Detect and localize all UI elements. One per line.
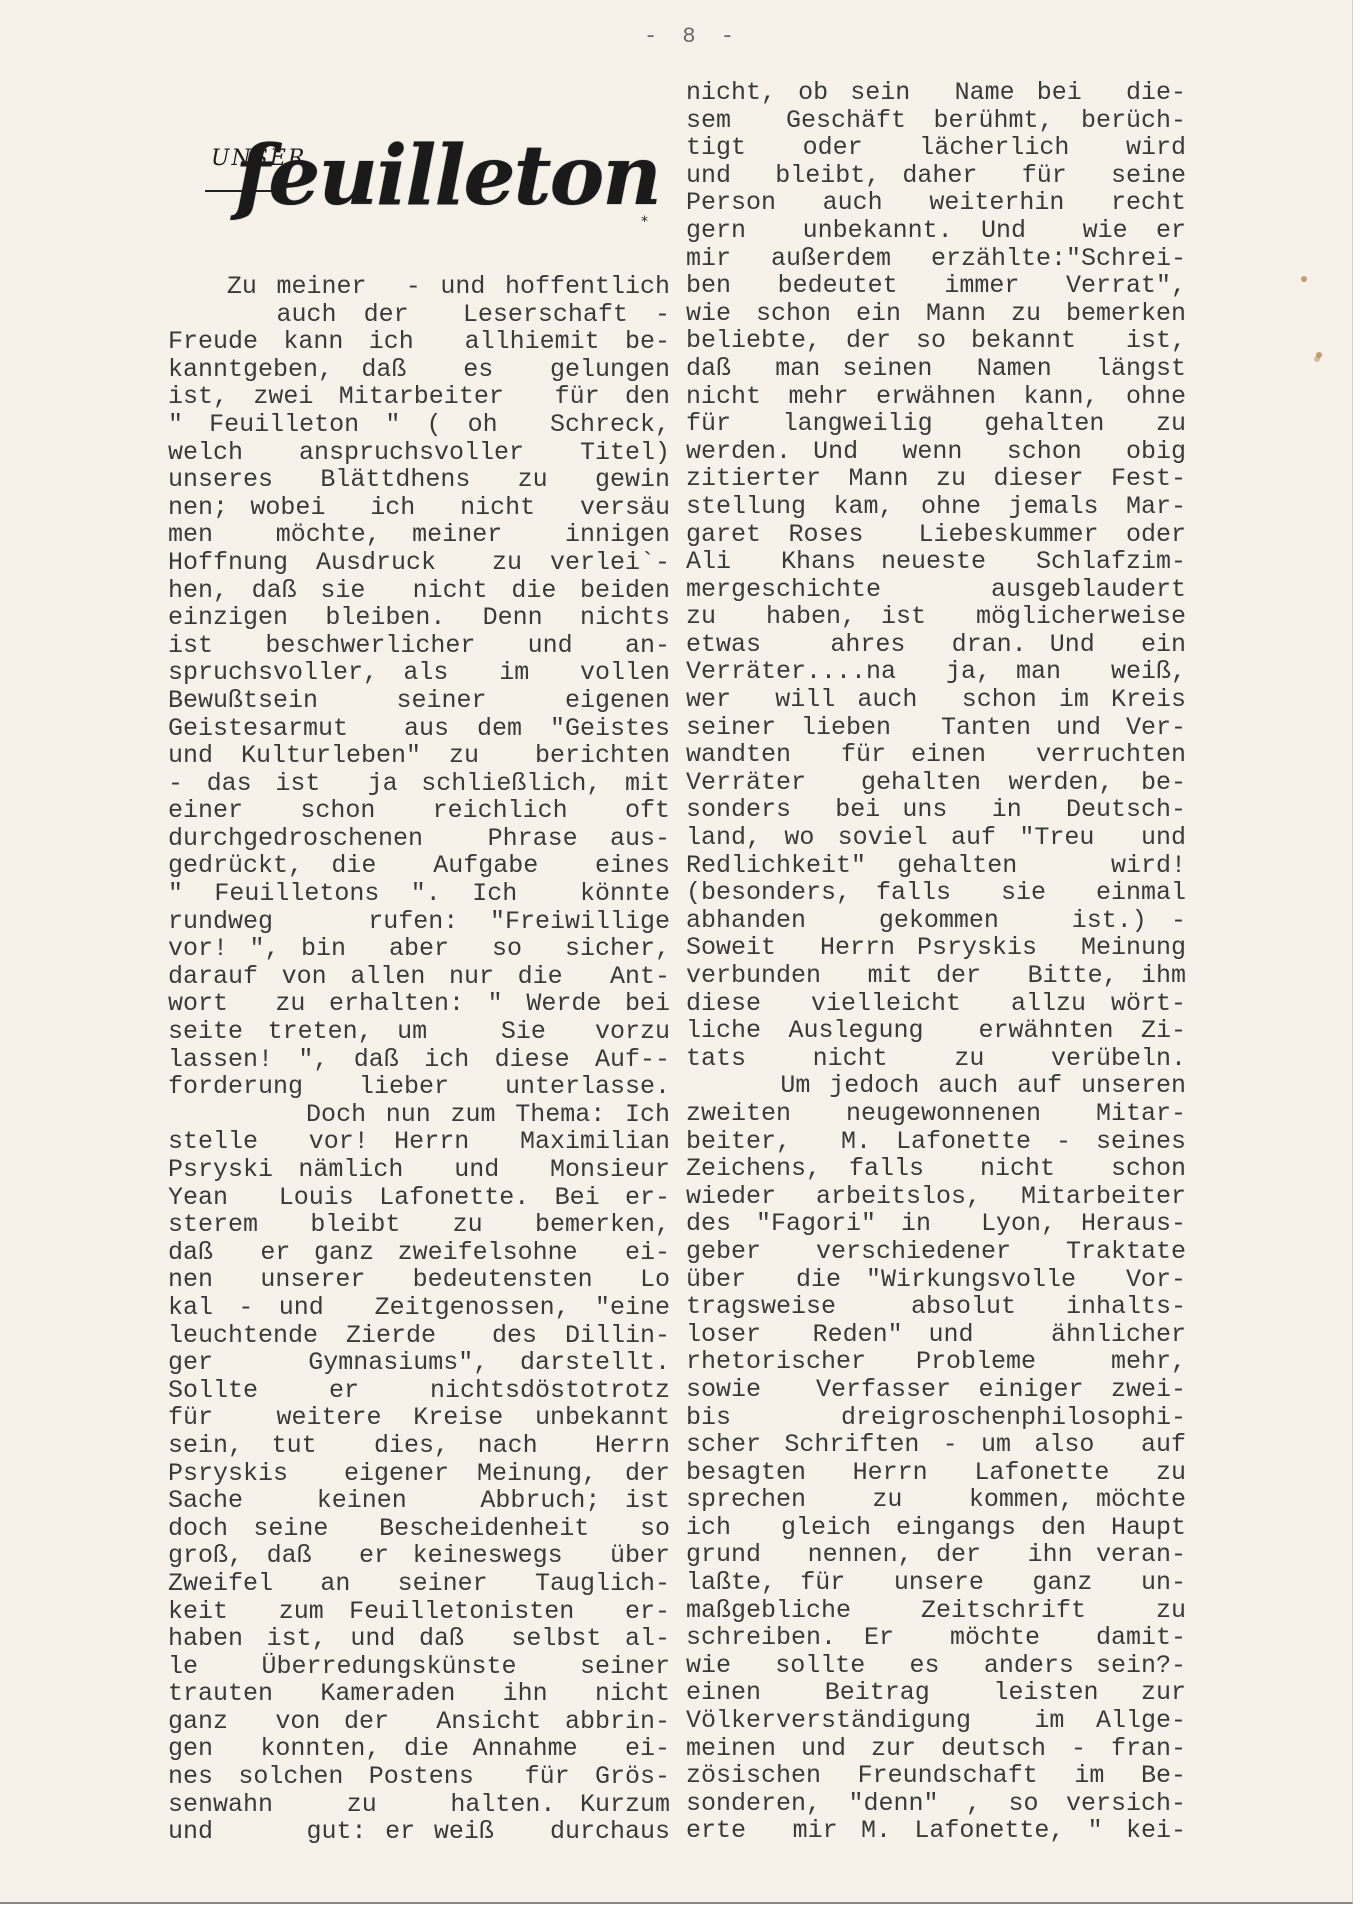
text-line: gedrückt, die Aufgabe eines (168, 852, 670, 880)
text-line: sem Geschäft berühmt, berüch- (686, 107, 1186, 135)
text-line: welch anspruchsvoller Titel) (168, 439, 670, 467)
text-line: sprechen zu kommen, möchte (686, 1486, 1186, 1514)
text-line: Hoffnung Ausdruck zu verlei`- (168, 549, 670, 577)
text-line: gen konnten, die Annahme ei- (168, 1735, 670, 1763)
text-line: kanntgeben, daß es gelungen (168, 356, 670, 384)
text-line: nen; wobei ich nicht versäu (168, 494, 670, 522)
text-line: doch seine Bescheidenheit so (168, 1515, 670, 1543)
text-line: schreiben. Er möchte damit- (686, 1624, 1186, 1652)
text-line: wieder arbeitslos, Mitarbeiter (686, 1183, 1186, 1211)
text-line: des "Fagori" in Lyon, Heraus- (686, 1210, 1186, 1238)
text-line: werden. Und wenn schon obig (686, 438, 1186, 466)
text-line: rhetorischer Probleme mehr, (686, 1348, 1186, 1376)
text-line: durchgedroschenen Phrase aus- (168, 825, 670, 853)
text-line: und bleibt, daher für seine (686, 162, 1186, 190)
stain (1301, 276, 1307, 282)
text-line: keit zum Feuilletonisten er- (168, 1598, 670, 1626)
left-column: Zu meiner - und hoffentlich auch der Les… (168, 273, 670, 1846)
text-line: Psryski nämlich und Monsieur (168, 1156, 670, 1184)
text-line: Psryskis eigener Meinung, der (168, 1460, 670, 1488)
text-line: besagten Herrn Lafonette zu (686, 1459, 1186, 1487)
text-line: Verräter....na ja, man weiß, (686, 658, 1186, 686)
text-line: leuchtende Zierde des Dillin- (168, 1322, 670, 1350)
text-line: forderung lieber unterlasse. (168, 1073, 670, 1101)
text-line: trauten Kameraden ihn nicht (168, 1680, 670, 1708)
text-line: grund nennen, der ihn veran- (686, 1541, 1186, 1569)
text-line: sowie Verfasser einiger zwei- (686, 1376, 1186, 1404)
text-line: diese vielleicht allzu wört- (686, 990, 1186, 1018)
asterisk-icon: * (641, 214, 648, 230)
text-line: seiner lieben Tanten und Ver- (686, 714, 1186, 742)
text-line: le Überredungskünste seiner (168, 1653, 670, 1681)
text-line: Völkerverständigung im Allge- (686, 1707, 1186, 1735)
text-line: sein, tut dies, nach Herrn (168, 1432, 670, 1460)
text-line: mergeschichte ausgeblaudert (686, 576, 1186, 604)
text-line: ganz von der Ansicht abbrin- (168, 1708, 670, 1736)
text-line: sonderen, "denn" , so versich- (686, 1790, 1186, 1818)
text-line: wandten für einen verruchten (686, 741, 1186, 769)
text-line: laßte, für unsere ganz un- (686, 1569, 1186, 1597)
text-line: wort zu erhalten: " Werde bei (168, 990, 670, 1018)
text-line: Redlichkeit" gehalten wird! (686, 852, 1186, 880)
text-line: nes solchen Postens für Grös- (168, 1763, 670, 1791)
text-line: Sache keinen Abbruch; ist (168, 1487, 670, 1515)
text-line: Doch nun zum Thema: Ich (168, 1101, 670, 1129)
text-line: zweiten neugewonnenen Mitar- (686, 1100, 1186, 1128)
text-line: Soweit Herrn Psryskis Meinung (686, 934, 1186, 962)
text-line: meinen und zur deutsch - fran- (686, 1735, 1186, 1763)
text-line: ist beschwerlicher und an- (168, 632, 670, 660)
text-line: rundweg rufen: "Freiwillige (168, 908, 670, 936)
text-line: lassen! ", daß ich diese Auf-- (168, 1046, 670, 1074)
text-line: Person auch weiterhin recht (686, 189, 1186, 217)
text-line: Zweifel an seiner Tauglich- (168, 1570, 670, 1598)
text-line: sonders bei uns in Deutsch- (686, 796, 1186, 824)
text-line: geber verschiedener Traktate (686, 1238, 1186, 1266)
text-line: men möchte, meiner innigen (168, 521, 670, 549)
text-line: (besonders, falls sie einmal (686, 879, 1186, 907)
page-number: - 8 - (644, 24, 740, 49)
text-line: darauf von allen nur die Ant- (168, 963, 670, 991)
text-line: garet Roses Liebeskummer oder (686, 521, 1186, 549)
text-line: zu haben, ist möglicherweise (686, 603, 1186, 631)
text-line: Um jedoch auch auf unseren (686, 1072, 1186, 1100)
text-line: ist, zwei Mitarbeiter für den (168, 383, 670, 411)
text-line: ben bedeutet immer Verrat", (686, 272, 1186, 300)
text-line: nicht mehr erwähnen kann, ohne (686, 383, 1186, 411)
text-line: zösischen Freundschaft im Be- (686, 1762, 1186, 1790)
text-line: verbunden mit der Bitte, ihm (686, 962, 1186, 990)
text-line: - das ist ja schließlich, mit (168, 770, 670, 798)
text-line: Zeichens, falls nicht schon (686, 1155, 1186, 1183)
text-line: kal - und Zeitgenossen, "eine (168, 1294, 670, 1322)
text-line: zitierter Mann zu dieser Fest- (686, 465, 1186, 493)
text-line: ger Gymnasiums", darstellt. (168, 1349, 670, 1377)
text-line: sterem bleibt zu bemerken, (168, 1211, 670, 1239)
text-line: mir außerdem erzählte:"Schrei- (686, 245, 1186, 273)
text-line: wie schon ein Mann zu bemerken (686, 300, 1186, 328)
text-line: seite treten, um Sie vorzu (168, 1018, 670, 1046)
text-line: stellung kam, ohne jemals Mar- (686, 493, 1186, 521)
text-line: " Feuilleton " ( oh Schreck, (168, 411, 670, 439)
text-line: groß, daß er keineswegs über (168, 1542, 670, 1570)
text-line: wie sollte es anders sein?- (686, 1652, 1186, 1680)
text-line: etwas ahres dran. Und ein (686, 631, 1186, 659)
text-line: " Feuilletons ". Ich könnte (168, 880, 670, 908)
section-heading: UNSER feuilleton * (205, 118, 665, 258)
text-line: für weitere Kreise unbekannt (168, 1404, 670, 1432)
text-line: tigt oder lächerlich wird (686, 134, 1186, 162)
text-line: nen unserer bedeutensten Lo (168, 1266, 670, 1294)
text-line: loser Reden" und ähnlicher (686, 1321, 1186, 1349)
text-line: land, wo soviel auf "Treu und (686, 824, 1186, 852)
text-line: senwahn zu halten. Kurzum (168, 1791, 670, 1819)
text-line: liche Auslegung erwähnten Zi- (686, 1017, 1186, 1045)
typewritten-page: - 8 - UNSER feuilleton * Zu meiner - und… (0, 0, 1353, 1904)
text-line: hen, daß sie nicht die beiden (168, 577, 670, 605)
text-line: maßgebliche Zeitschrift zu (686, 1597, 1186, 1625)
text-line: Ali Khans neueste Schlafzim- (686, 548, 1186, 576)
text-line: Geistesarmut aus dem "Geistes (168, 715, 670, 743)
text-line: ich gleich eingangs den Haupt (686, 1514, 1186, 1542)
text-line: beliebte, der so bekannt ist, (686, 327, 1186, 355)
text-line: scher Schriften - um also auf (686, 1431, 1186, 1459)
text-line: Freude kann ich allhiemit be- (168, 328, 670, 356)
text-line: einen Beitrag leisten zur (686, 1679, 1186, 1707)
text-line: Bewußtsein seiner eigenen (168, 687, 670, 715)
text-line: daß er ganz zweifelsohne ei- (168, 1239, 670, 1267)
text-line: einzigen bleiben. Denn nichts (168, 604, 670, 632)
text-line: über die "Wirkungsvolle Vor- (686, 1266, 1186, 1294)
text-line: wer will auch schon im Kreis (686, 686, 1186, 714)
text-line: stelle vor! Herrn Maximilian (168, 1128, 670, 1156)
text-line: tats nicht zu verübeln. (686, 1045, 1186, 1073)
text-line: Sollte er nichtsdöstotrotz (168, 1377, 670, 1405)
right-column: nicht, ob sein Name bei die-sem Geschäft… (686, 79, 1186, 1845)
text-line: Verräter gehalten werden, be- (686, 769, 1186, 797)
text-line: und gut: er weiß durchaus (168, 1818, 670, 1846)
text-line: abhanden gekommen ist.) - (686, 907, 1186, 935)
text-line: Zu meiner - und hoffentlich (168, 273, 670, 301)
text-line: Yean Louis Lafonette. Bei er- (168, 1184, 670, 1212)
text-line: für langweilig gehalten zu (686, 410, 1186, 438)
text-line: erte mir M. Lafonette, " kei- (686, 1817, 1186, 1845)
text-line: daß man seinen Namen längst (686, 355, 1186, 383)
text-line: einer schon reichlich oft (168, 797, 670, 825)
text-line: haben ist, und daß selbst al- (168, 1625, 670, 1653)
text-line: unseres Blättdhens zu gewin (168, 466, 670, 494)
text-line: gern unbekannt. Und wie er (686, 217, 1186, 245)
text-line: tragsweise absolut inhalts- (686, 1293, 1186, 1321)
stain (1314, 356, 1320, 362)
text-line: auch der Leserschaft - (168, 301, 670, 329)
text-line: und Kulturleben" zu berichten (168, 742, 670, 770)
heading-title: feuilleton (235, 128, 660, 224)
text-line: nicht, ob sein Name bei die- (686, 79, 1186, 107)
text-line: spruchsvoller, als im vollen (168, 659, 670, 687)
text-line: beiter, M. Lafonette - seines (686, 1128, 1186, 1156)
text-line: bis dreigroschenphilosophi- (686, 1404, 1186, 1432)
text-line: vor! ", bin aber so sicher, (168, 935, 670, 963)
